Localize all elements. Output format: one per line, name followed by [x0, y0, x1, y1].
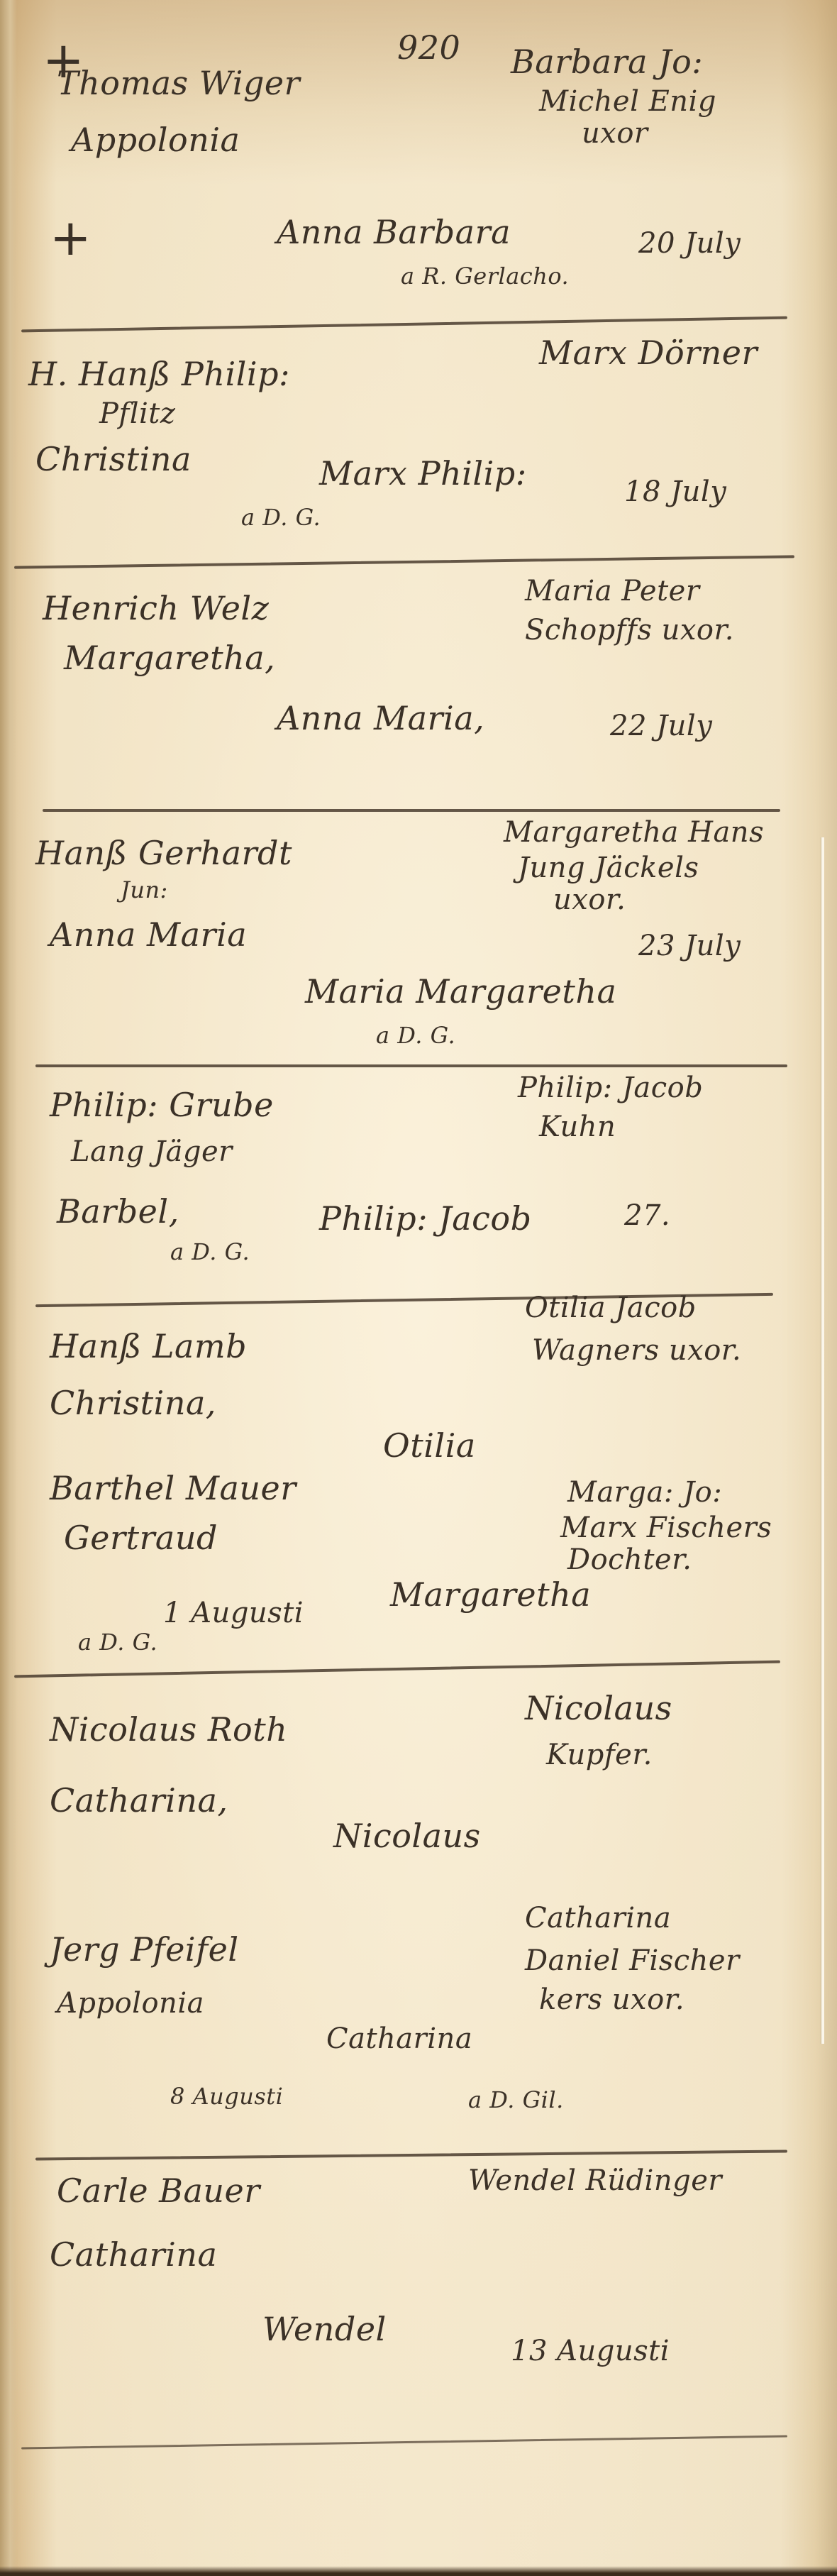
father-name: Carle Bauer [57, 2172, 260, 2210]
mother-name: Barbel, [57, 1192, 179, 1231]
entry-divider [21, 317, 787, 333]
father-name: Henrich Welz [43, 589, 269, 627]
mother-name: Christina [35, 440, 192, 478]
godparent2-line-2: Marx Fischers [560, 1512, 772, 1544]
mother-name: Catharina [50, 2235, 217, 2274]
godparent-line-1: Nicolaus [525, 1689, 672, 1727]
godparent-line-2: Jung Jäckels [518, 852, 699, 884]
officiant-note: a D. G. [241, 504, 321, 531]
father-name-line-2: Pflitz [99, 397, 175, 430]
child-name: Maria Margaretha [305, 972, 616, 1011]
entry-divider [21, 2435, 787, 2450]
entry-divider [35, 2150, 787, 2160]
baptism-date: 22 July [610, 710, 712, 742]
godparent2-line-1: Marga: Jo: [567, 1476, 722, 1509]
father-name: Nicolaus Roth [50, 1710, 287, 1749]
godparent-line-2: Schopffs uxor. [525, 614, 734, 646]
godparent2-line-3: Dochter. [567, 1543, 692, 1576]
father-name: Hanß Gerhardt [35, 834, 292, 872]
godparent-line-2: Kupfer. [546, 1739, 653, 1771]
father-name-2: Jerg Pfeifel [50, 1930, 239, 1969]
godparent-line-1: Wendel Rüdinger [468, 2164, 722, 2197]
godparent-line-2: Kuhn [539, 1111, 616, 1143]
officiant-note: a D. G. [78, 1629, 157, 1656]
page-right-edge [821, 837, 824, 2044]
father-name-line-2: Lang Jäger [71, 1135, 233, 1168]
page-bottom-edge [0, 2566, 837, 2576]
register-page: 920 + Thomas Wiger Appolonia Barbara Jo:… [0, 0, 837, 2576]
mother-name: Christina, [50, 1384, 216, 1422]
baptism-date: 8 Augusti [170, 2083, 283, 2110]
mother-name: Appolonia [71, 121, 240, 159]
godparent-line-2: Wagners uxor. [532, 1334, 741, 1367]
godparent2-line-1: Catharina [525, 1902, 671, 1934]
child-name: Marx Philip: [319, 454, 527, 492]
death-cross-icon: + [50, 213, 92, 263]
godparent-line-1: Marx Dörner [539, 334, 758, 372]
child-name: Anna Maria, [277, 699, 484, 737]
father-name: Thomas Wiger [57, 64, 300, 102]
baptism-date: 27. [624, 1199, 670, 1232]
mother-name: Catharina, [50, 1781, 228, 1820]
godparent-line-2: Michel Enig [539, 85, 716, 118]
father-name-line-2: Jun: [121, 876, 168, 903]
entry-divider [14, 555, 794, 568]
mother-name-2: Appolonia [57, 1987, 204, 2020]
child-name: Anna Barbara [277, 213, 511, 251]
officiant-note: a D. G. [376, 1022, 455, 1049]
father-name: Philip: Grube [50, 1086, 274, 1124]
child-name: Wendel [262, 2310, 387, 2348]
father-name: H. Hanß Philip: [28, 355, 290, 393]
godparent-line-1: Margaretha Hans [504, 816, 764, 849]
godparent2-line-2: Daniel Fischer [525, 1944, 740, 1977]
child-name: Nicolaus [333, 1817, 481, 1855]
child-name: Otilia [383, 1426, 476, 1465]
entry-divider [43, 809, 780, 812]
godparent-line-1: Philip: Jacob [518, 1072, 703, 1104]
godparent-line-1: Maria Peter [525, 575, 699, 607]
page-number: 920 [397, 28, 460, 67]
baptism-date: 13 Augusti [511, 2335, 670, 2367]
entry-divider [14, 1661, 780, 1678]
mother-name-2: Gertraud [64, 1519, 218, 1557]
godparent2-line-3: kers uxor. [539, 1983, 684, 2016]
baptism-date: 23 July [638, 930, 741, 962]
entry-divider [35, 1064, 787, 1067]
godparent-line-3: uxor. [553, 884, 626, 916]
baptism-date: 18 July [624, 475, 726, 508]
father-name-2: Barthel Mauer [50, 1469, 296, 1507]
child-name-2: Margaretha [390, 1575, 591, 1614]
baptism-date: 20 July [638, 227, 741, 260]
page-left-edge [0, 0, 17, 2576]
child-name: Philip: Jacob [319, 1199, 532, 1238]
officiant-note: a D. G. [170, 1238, 250, 1265]
officiant-note: a R. Gerlacho. [401, 263, 569, 290]
baptism-date: 1 Augusti [163, 1597, 304, 1629]
godparent-line-3: uxor [582, 117, 648, 150]
godparent-line-1: Otilia Jacob [525, 1292, 697, 1324]
mother-name: Margaretha, [64, 639, 275, 677]
officiant-note: a D. Gil. [468, 2086, 564, 2113]
child-name-2: Catharina [326, 2022, 472, 2055]
godparent-line-1: Barbara Jo: [511, 43, 703, 81]
father-name: Hanß Lamb [50, 1327, 247, 1365]
mother-name: Anna Maria [50, 915, 247, 954]
